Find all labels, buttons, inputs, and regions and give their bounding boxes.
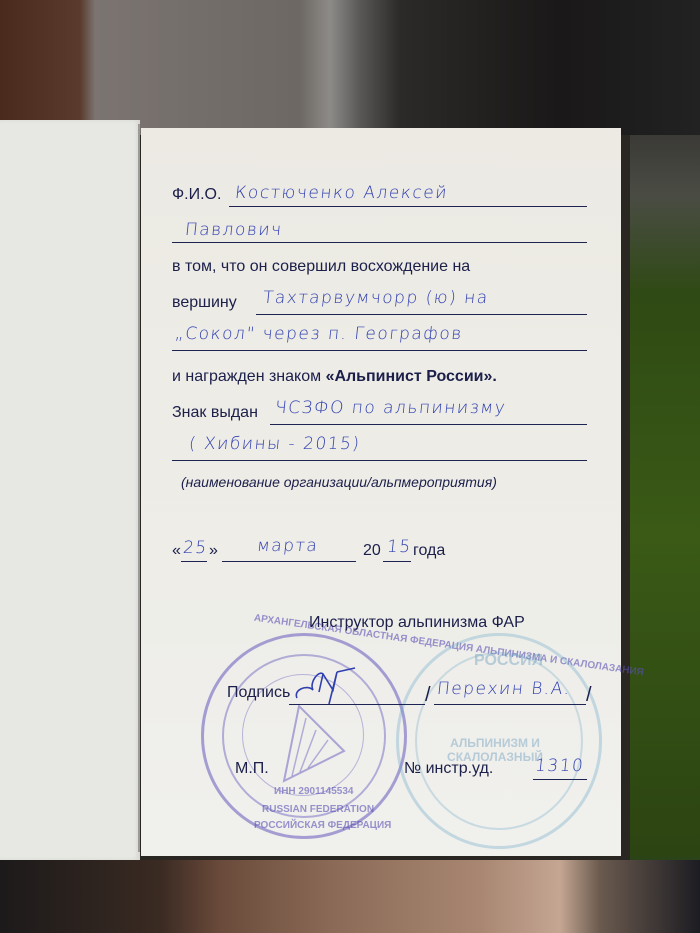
signature-name-value: Перехин В.А. (436, 679, 572, 699)
peak-value-line1: Тахтарвумчорр (ю) на (262, 288, 490, 308)
left-page-blank (0, 120, 140, 860)
background-right-side (630, 135, 700, 933)
issued-caption: (наименование организации/альпмероприяти… (181, 474, 497, 490)
fio-label: Ф.И.О. (172, 186, 221, 204)
fio-value-line2: Павлович (184, 220, 284, 240)
stamp-country-ru: РОССИЙСКАЯ ФЕДЕРАЦИЯ (254, 820, 391, 831)
peak-label: вершину (172, 294, 237, 312)
issued-value-line1: ЧСЗФО по альпинизму (274, 398, 507, 418)
issued-value-line2: ( Хибины - 2015) (188, 434, 362, 454)
date-year-word: года (413, 542, 445, 560)
date-year-prefix: 20 (363, 542, 381, 560)
stamp-country-en: RUSSIAN FEDERATION (262, 804, 374, 815)
date-close-quote: » (209, 542, 218, 560)
slash-left: / (425, 684, 431, 707)
signature-scribble-icon (289, 660, 369, 710)
issued-label: Знак выдан (172, 404, 258, 422)
stamp-top-text: РОССИЯ (474, 652, 543, 670)
background-hand (0, 860, 700, 933)
booklet-fold (138, 124, 140, 852)
instructor-id-label: № инстр.уд. (404, 760, 493, 778)
instructor-id-value: 1310 (534, 756, 585, 776)
signature-label: Подпись (227, 684, 290, 702)
award-prefix: и награжден знаком (172, 368, 326, 385)
peak-value-line2: „Сокол" через п. Географов (174, 324, 464, 344)
fio-value-line1: Костюченко Алексей (234, 183, 449, 203)
date-month-value: марта (256, 536, 319, 556)
award-name: «Альпинист России». (326, 368, 497, 385)
ascent-text: в том, что он совершил восхождение на (172, 258, 470, 276)
award-text: и награжден знаком «Альпинист России». (172, 368, 497, 386)
background-room-top (0, 0, 700, 135)
date-year-value: 15 (386, 537, 413, 557)
stamp-inn: ИНН 2901145534 (274, 786, 353, 797)
date-open-quote: « (172, 542, 181, 560)
stamp-place-label: М.П. (235, 760, 269, 778)
date-day-value: 25 (182, 538, 209, 558)
slash-right: / (586, 684, 592, 707)
stamp-russia-org: РОССИЯ АЛЬПИНИЗМ И СКАЛОЛАЗНЫЙ (396, 633, 602, 849)
instructor-title: Инструктор альпинизма ФАР (309, 614, 525, 632)
certificate-page: АРХАНГЕЛЬСКАЯ ОБЛАСТНАЯ ФЕДЕРАЦИЯ АЛЬПИН… (141, 128, 621, 856)
